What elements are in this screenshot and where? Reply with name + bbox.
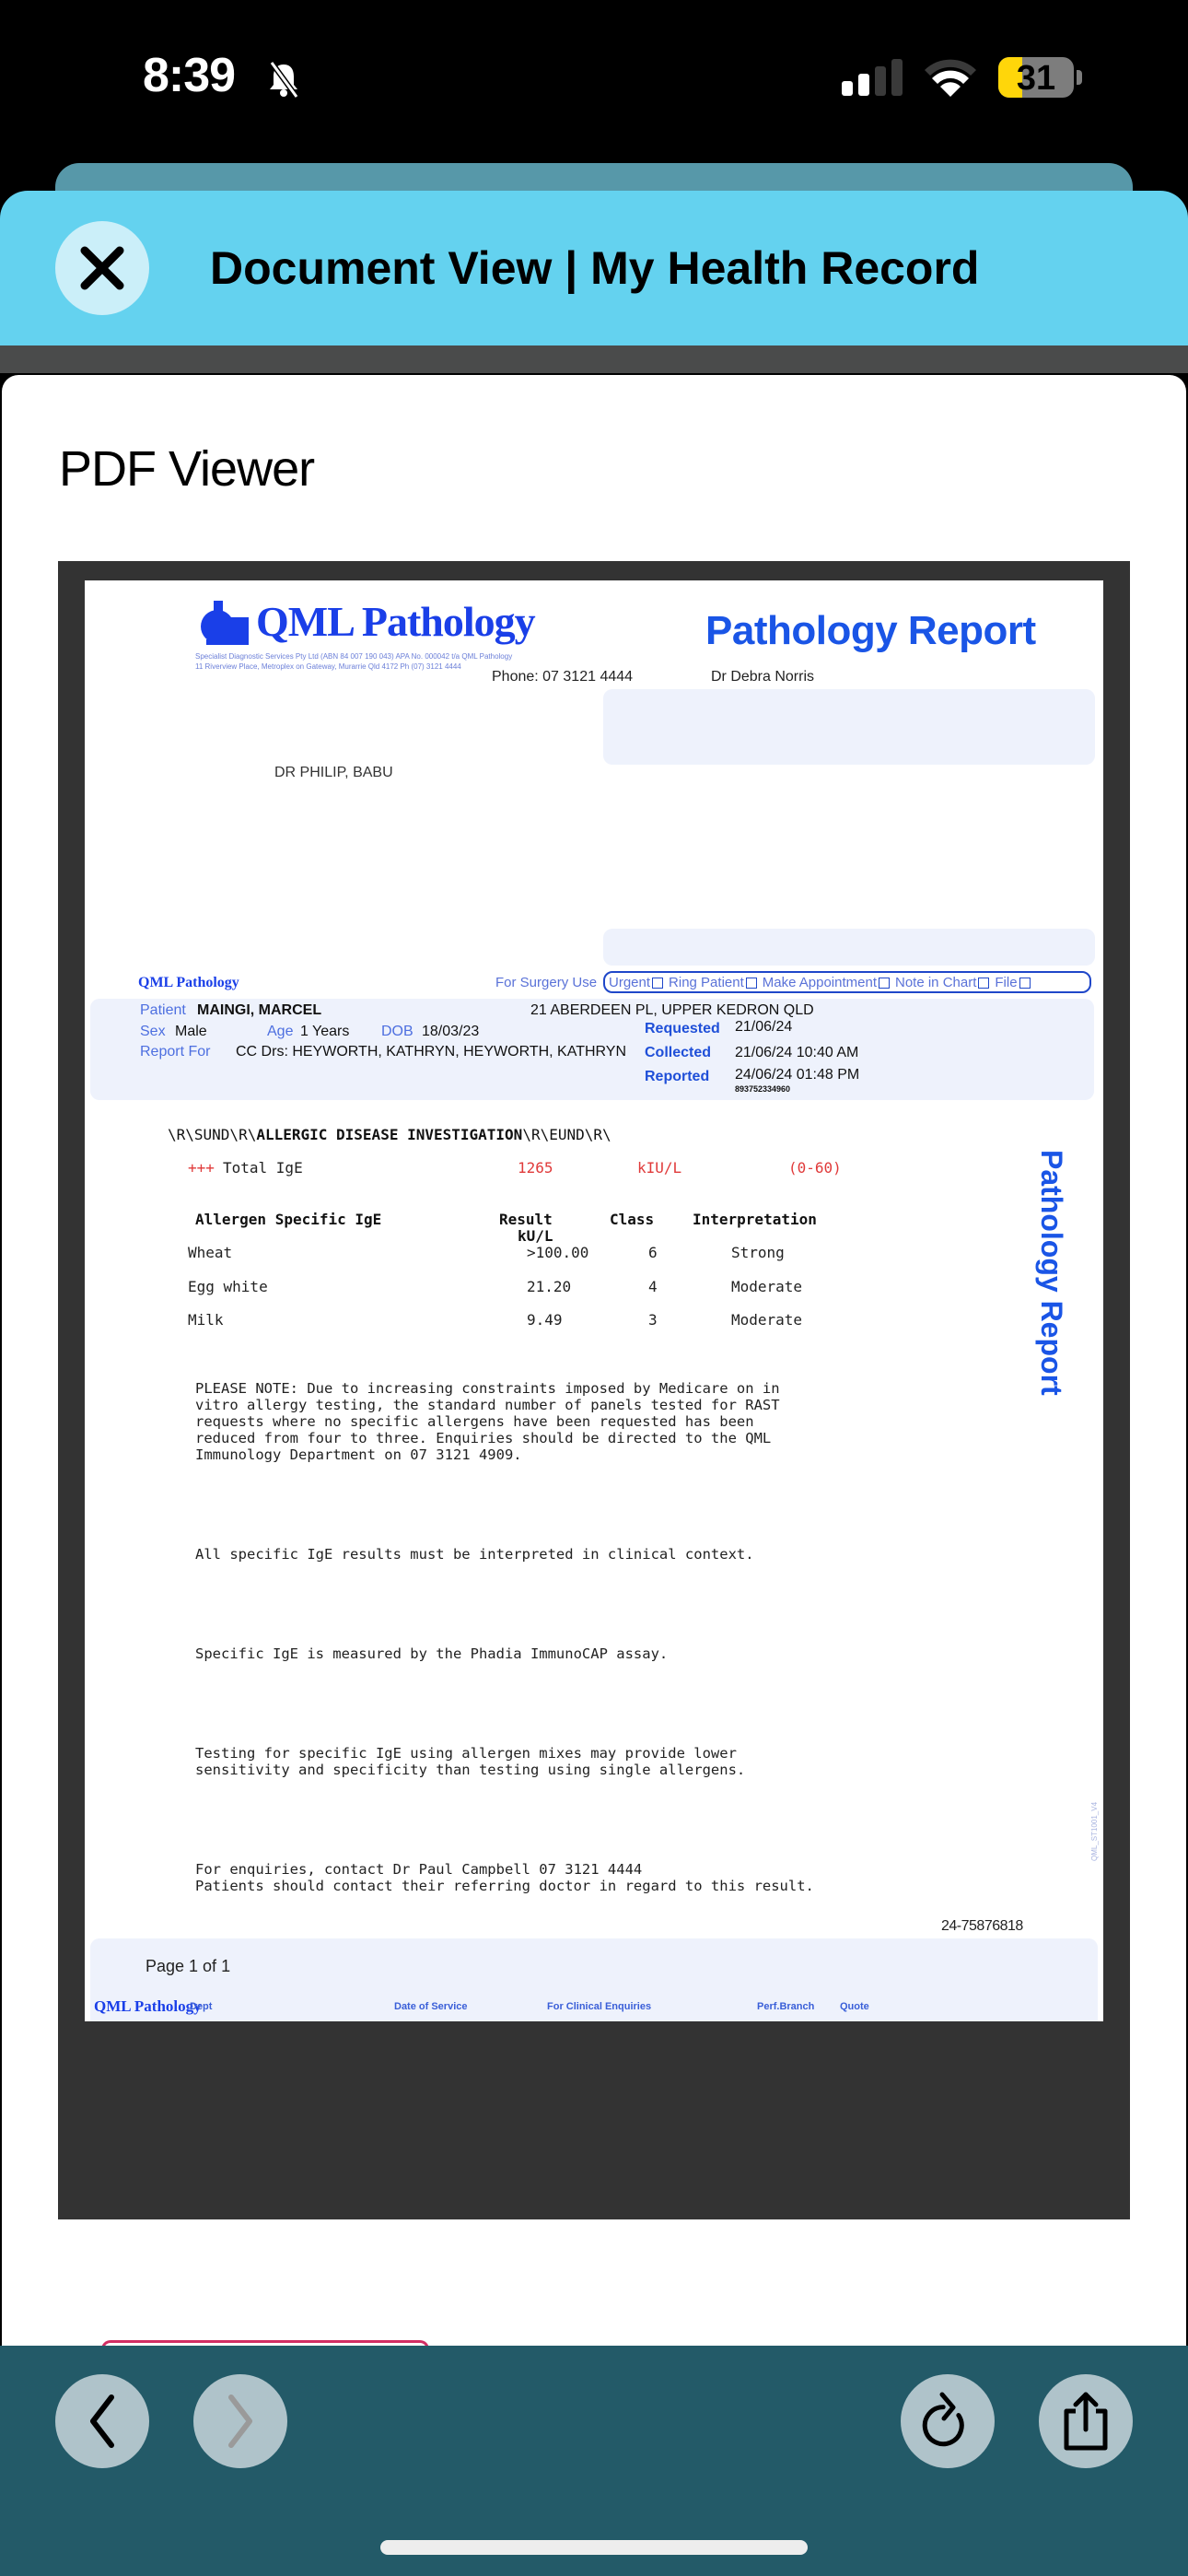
- surgery-use-options: Urgent Ring Patient Make Appointment Not…: [603, 971, 1091, 993]
- patient-sex: Male: [175, 1024, 207, 1040]
- share-icon: [1061, 2391, 1111, 2452]
- battery-tip: [1077, 70, 1082, 85]
- address-window: [603, 689, 1095, 765]
- patient-dob: 18/03/23: [422, 1024, 479, 1040]
- surgery-option-file[interactable]: File: [995, 975, 1030, 990]
- checkbox-icon: [978, 978, 989, 989]
- total-ige-value: 1265: [518, 1159, 553, 1177]
- vertical-report-title: Pathology Report: [1034, 1150, 1068, 1396]
- reload-button[interactable]: [901, 2374, 995, 2468]
- surgery-option-ring-patient[interactable]: Ring Patient: [669, 975, 757, 990]
- pdf-page[interactable]: QML Pathology Specialist Diagnostic Serv…: [85, 580, 1103, 2021]
- barcode-number: 893752334960: [735, 1084, 790, 1094]
- report-for-label: Report For: [140, 1044, 210, 1060]
- checkbox-icon: [879, 978, 890, 989]
- report-title: Pathology Report: [705, 608, 1036, 654]
- reported-date: 24/06/24 01:48 PM: [735, 1067, 859, 1083]
- close-icon: [77, 243, 127, 293]
- patient-name: MAINGI, MARCEL: [197, 1002, 321, 1019]
- surgery-option-make-appointment[interactable]: Make Appointment: [763, 975, 890, 990]
- total-ige-flag: +++: [188, 1159, 215, 1177]
- lab-address-line: 11 Riverview Place, Metroplex on Gateway…: [195, 662, 461, 671]
- reported-label: Reported: [645, 1069, 709, 1085]
- recipient-name: DR PHILIP, BABU: [274, 765, 393, 781]
- back-button[interactable]: [55, 2374, 149, 2468]
- header-title: Document View | My Health Record: [210, 241, 979, 295]
- lab-number: 24-75876818: [941, 1918, 1023, 1935]
- forward-button[interactable]: [193, 2374, 287, 2468]
- dob-label: DOB: [381, 1024, 413, 1040]
- total-ige-range: (0-60): [788, 1159, 842, 1177]
- form-code: QML_ST1001_V4: [1090, 1802, 1099, 1861]
- wifi-icon: [923, 57, 978, 98]
- checkbox-icon: [1019, 978, 1031, 989]
- requested-label: Requested: [645, 1021, 720, 1037]
- patient-address: 21 ABERDEEN PL, UPPER KEDRON QLD: [530, 1002, 814, 1019]
- home-indicator[interactable]: [380, 2540, 808, 2555]
- small-lab-logo: QML Pathology: [138, 975, 239, 991]
- collected-label: Collected: [645, 1045, 711, 1061]
- share-button[interactable]: [1039, 2374, 1133, 2468]
- footer-perf-branch: Perf.Branch: [757, 2001, 814, 2012]
- report-notes: PLEASE NOTE: Due to increasing constrain…: [195, 1347, 814, 1927]
- result-unit-header: kU/L: [518, 1227, 553, 1245]
- battery-percent: 31: [998, 59, 1074, 98]
- footer-lab-logo: QML Pathology: [94, 1997, 202, 2016]
- footer-quote: Quote: [840, 2001, 869, 2012]
- class-column-header: Class: [610, 1211, 654, 1228]
- chevron-left-icon: [84, 2394, 121, 2449]
- note-clinical-context: All specific IgE results must be interpr…: [195, 1546, 814, 1563]
- lab-company-line: Specialist Diagnostic Services Pty Ltd (…: [195, 652, 512, 661]
- close-button[interactable]: [55, 221, 149, 315]
- interpretation-column-header: Interpretation: [693, 1211, 817, 1228]
- qml-logo-icon: [197, 595, 252, 649]
- battery-indicator: 31: [998, 57, 1074, 98]
- checkbox-icon: [746, 978, 757, 989]
- footer-dept: Dept: [190, 2001, 212, 2012]
- requesting-doctor: Dr Debra Norris: [711, 669, 814, 685]
- note-enquiries: For enquiries, contact Dr Paul Campbell …: [195, 1861, 814, 1894]
- chevron-right-icon: [222, 2394, 259, 2449]
- lab-phone: Phone: 07 3121 4444: [492, 669, 633, 685]
- note-allergen-mixes: Testing for specific IgE using allergen …: [195, 1745, 814, 1778]
- header-divider: [0, 345, 1188, 373]
- checkbox-icon: [652, 978, 663, 989]
- note-medicare: PLEASE NOTE: Due to increasing constrain…: [195, 1380, 814, 1463]
- requested-date: 21/06/24: [735, 1019, 792, 1036]
- patient-age: 1 Years: [300, 1024, 349, 1040]
- sex-label: Sex: [140, 1024, 166, 1040]
- pdf-viewer-title: PDF Viewer: [59, 440, 314, 498]
- status-time: 8:39: [143, 48, 235, 103]
- age-label: Age: [267, 1024, 293, 1040]
- collected-date: 21/06/24 10:40 AM: [735, 1045, 858, 1061]
- surgery-use-label: For Surgery Use: [495, 975, 597, 990]
- total-ige-label: Total IgE: [223, 1159, 303, 1177]
- report-for: CC Drs: HEYWORTH, KATHRYN, HEYWORTH, KAT…: [236, 1044, 626, 1060]
- total-ige-unit: kIU/L: [637, 1159, 681, 1177]
- allergen-column-header: Allergen Specific IgE: [195, 1211, 381, 1228]
- bell-slash-icon: [263, 59, 304, 100]
- page-indicator: Page 1 of 1: [146, 1957, 230, 1976]
- note-immunocap: Specific IgE is measured by the Phadia I…: [195, 1645, 814, 1662]
- status-bar: 8:39 31: [0, 0, 1188, 166]
- surgery-option-note-in-chart[interactable]: Note in Chart: [895, 975, 989, 990]
- footer-date-of-service: Date of Service: [394, 2001, 467, 2012]
- result-column-header: Result: [499, 1211, 553, 1228]
- lab-logo-text: QML Pathology: [256, 597, 535, 646]
- reload-icon: [922, 2391, 973, 2452]
- surgery-option-urgent[interactable]: Urgent: [609, 975, 663, 990]
- footer-clinical-enquiries: For Clinical Enquiries: [547, 2001, 651, 2012]
- cellular-signal-icon: [840, 57, 906, 98]
- address-window-lower: [603, 929, 1095, 966]
- patient-label: Patient: [140, 1002, 186, 1019]
- section-heading: \R\SUND\R\ALLERGIC DISEASE INVESTIGATION…: [168, 1126, 611, 1143]
